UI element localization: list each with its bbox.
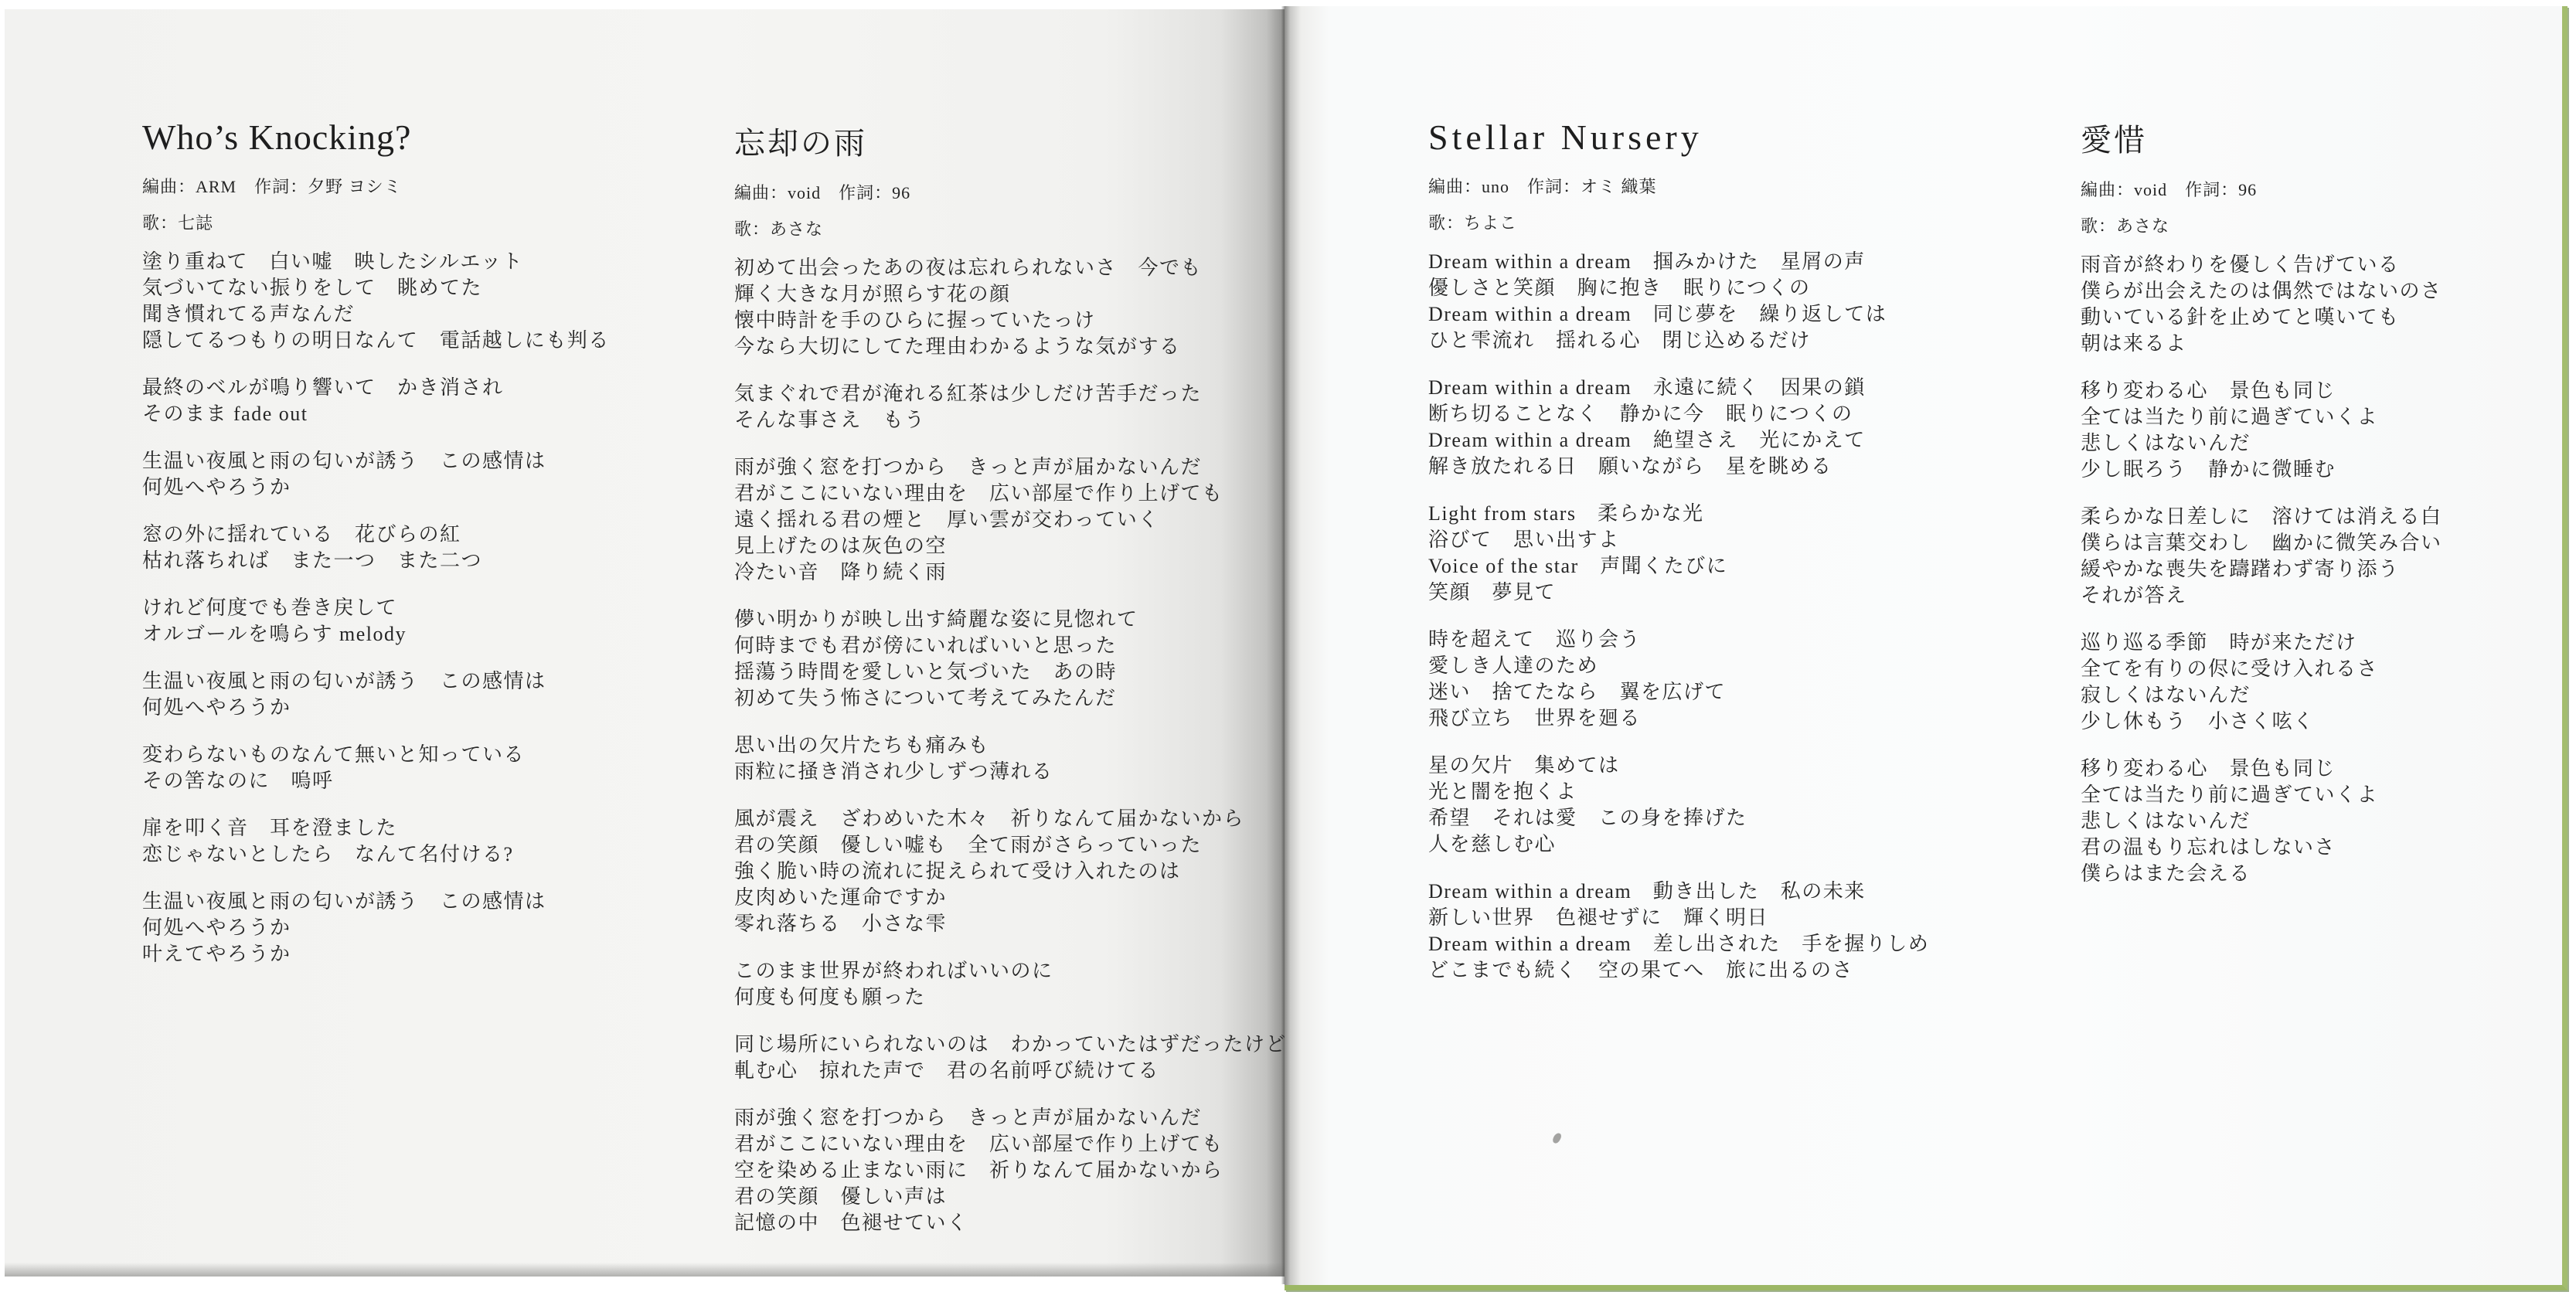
lyric-line: 今なら大切にしてた理由わかるような気がする <box>734 334 1306 360</box>
lyric-line: 少し休もう 小さく呟く <box>2081 709 2560 735</box>
stanza: 生温い夜風と雨の匂いが誘う この感情は何処へやろうか叶えてやろうか <box>142 889 706 967</box>
lyric-line: 冷たい音 降り続く雨 <box>734 559 1306 586</box>
lyric-line: どこまでも続く 空の果てへ 旅に出るのさ <box>1428 957 2047 984</box>
lyric-line: その筈なのに 嗚呼 <box>142 768 706 794</box>
credit-vocal: 歌：あさな <box>734 211 1306 247</box>
lyric-line: 雨が強く窓を打つから きっと声が届かないんだ <box>734 1105 1306 1131</box>
lyric-line: 強く脆い時の流れに捉えられて受け入れたのは <box>734 858 1306 885</box>
credit-arrangement-lyricist: 編曲：uno 作詞：オミ 織葉 <box>1428 168 2047 205</box>
lyric-line: 隠してるつもりの明日なんて 電話越しにも判る <box>142 328 706 354</box>
lyric-line: 雨粒に掻き消され少しずつ薄れる <box>734 759 1306 785</box>
lyric-line: 愛しき人達のため <box>1428 653 2047 679</box>
booklet-page-left: Who’s Knocking? 編曲：ARM 作詞：夕野 ヨシミ 歌：七誌 塗り… <box>5 9 1285 1277</box>
lyric-line: 気まぐれで君が淹れる紅茶は少しだけ苦手だった <box>734 381 1306 407</box>
lyric-line: 最終のベルが鳴り響いて かき消され <box>142 375 706 401</box>
lyric-line: 少し眠ろう 静かに微睡む <box>2081 457 2560 483</box>
lyric-line: 笑顔 夢見て <box>1428 580 2047 606</box>
lyric-line: 何処へやろうか <box>142 474 706 501</box>
lyrics-block: 塗り重ねて 白い嘘 映したシルエット気づいてない振りをして 眺めてた聞き慣れてる… <box>142 249 706 967</box>
lyric-line: 時を超えて 巡り会う <box>1428 627 2047 653</box>
lyric-line: 輝く大きな月が照らす花の顔 <box>734 281 1306 308</box>
lyric-line: 君がここにいない理由を 広い部屋で作り上げても <box>734 481 1306 507</box>
stanza: 移り変わる心 景色も同じ全ては当たり前に過ぎていくよ悲しくはないんだ少し眠ろう … <box>2081 378 2560 483</box>
song-credits: 編曲：void 作詞：96 歌：あさな <box>2081 172 2560 244</box>
lyric-line: Dream within a dream 絶望さえ 光にかえて <box>1428 427 2047 454</box>
song-title: 愛惜 <box>2081 119 2560 162</box>
lyric-line: Light from stars 柔らかな光 <box>1428 501 2047 527</box>
lyric-line: 生温い夜風と雨の匂いが誘う この感情は <box>142 448 706 474</box>
lyric-line: 生温い夜風と雨の匂いが誘う この感情は <box>142 889 706 915</box>
stanza: 最終のベルが鳴り響いて かき消されそのまま fade out <box>142 375 706 427</box>
lyric-line: 聞き慣れてる声なんだ <box>142 301 706 328</box>
credit-vocal: 歌：あさな <box>2081 208 2560 244</box>
stanza: 変わらないものなんて無いと知っているその筈なのに 嗚呼 <box>142 742 706 794</box>
lyric-line: 僕らは言葉交わし 幽かに微笑み合い <box>2081 530 2560 556</box>
lyric-line: 遠く揺れる君の煙と 厚い雲が交わっていく <box>734 507 1306 533</box>
stanza: 儚い明かりが映し出す綺麗な姿に見惚れて何時までも君が傍にいればいいと思った揺蕩う… <box>734 607 1306 712</box>
stanza: 柔らかな日差しに 溶けては消える白僕らは言葉交わし 幽かに微笑み合い緩やかな喪失… <box>2081 504 2560 609</box>
lyric-line: 希望 それは愛 この身を捧げた <box>1428 805 2047 831</box>
song-title: Who’s Knocking? <box>142 116 706 159</box>
lyric-line: 君の温もり忘れはしないさ <box>2081 835 2560 861</box>
stanza: 風が震え ざわめいた木々 祈りなんて届かないから君の笑顔 優しい嘘も 全て雨がさ… <box>734 806 1306 937</box>
stanza: 星の欠片 集めては光と闇を抱くよ希望 それは愛 この身を捧げた人を慈しむ心 <box>1428 753 2047 858</box>
song-credits: 編曲：ARM 作詞：夕野 ヨシミ 歌：七誌 <box>142 168 706 241</box>
lyric-line: 記憶の中 色褪せていく <box>734 1210 1306 1236</box>
lyric-line: 迷い 捨てたなら 翼を広げて <box>1428 679 2047 705</box>
lyric-line: 同じ場所にいられないのは わかっていたはずだったけど <box>734 1032 1306 1058</box>
lyric-line: 僕らが出会えたのは偶然ではないのさ <box>2081 278 2560 304</box>
lyric-line: 雨が強く窓を打つから きっと声が届かないんだ <box>734 454 1306 481</box>
lyric-line: 叶えてやろうか <box>142 941 706 967</box>
lyric-line: 君の笑顔 優しい嘘も 全て雨がさらっていった <box>734 832 1306 858</box>
stanza: 思い出の欠片たちも痛みも雨粒に掻き消され少しずつ薄れる <box>734 733 1306 785</box>
lyric-line: 思い出の欠片たちも痛みも <box>734 733 1306 759</box>
lyric-line: 皮肉めいた運命ですか <box>734 885 1306 911</box>
lyric-line: 解き放たれる日 願いながら 星を眺める <box>1428 454 2047 480</box>
stanza: 雨音が終わりを優しく告げている僕らが出会えたのは偶然ではないのさ動いている針を止… <box>2081 252 2560 357</box>
stanza: 時を超えて 巡り会う愛しき人達のため迷い 捨てたなら 翼を広げて飛び立ち 世界を… <box>1428 627 2047 732</box>
lyric-line: 光と闇を抱くよ <box>1428 779 2047 805</box>
lyric-line: 何時までも君が傍にいればいいと思った <box>734 633 1306 659</box>
song-title: 忘却の雨 <box>734 122 1306 165</box>
stanza: Dream within a dream 掴みかけた 星屑の声優しさと笑顔 胸に… <box>1428 249 2047 354</box>
lyric-line: 塗り重ねて 白い嘘 映したシルエット <box>142 249 706 275</box>
lyric-line: 初めて出会ったあの夜は忘れられないさ 今でも <box>734 255 1306 281</box>
lyric-line: 悲しくはないんだ <box>2081 430 2560 457</box>
lyric-line: それが答え <box>2081 583 2560 609</box>
lyric-line: 朝は来るよ <box>2081 331 2560 357</box>
lyric-line: 零れ落ちる 小さな雫 <box>734 911 1306 937</box>
credit-arrangement-lyricist: 編曲：ARM 作詞：夕野 ヨシミ <box>142 168 706 205</box>
stanza: 扉を叩く音 耳を澄ました恋じゃないとしたら なんて名付ける? <box>142 815 706 868</box>
song-section-whos-knocking: Who’s Knocking? 編曲：ARM 作詞：夕野 ヨシミ 歌：七誌 塗り… <box>142 116 706 988</box>
scanned-booklet-spread: { "colors":{ "page_left":"#f4f4f2", "pag… <box>0 0 2576 1302</box>
lyric-line: 軋む心 掠れた声で 君の名前呼び続けてる <box>734 1058 1306 1084</box>
lyric-line: 変わらないものなんて無いと知っている <box>142 742 706 768</box>
lyric-line: 雨音が終わりを優しく告げている <box>2081 252 2560 278</box>
lyric-line: Dream within a dream 掴みかけた 星屑の声 <box>1428 249 2047 275</box>
lyric-line: 生温い夜風と雨の匂いが誘う この感情は <box>142 668 706 695</box>
lyric-line: 移り変わる心 景色も同じ <box>2081 756 2560 782</box>
lyric-line: 全てを有りの侭に受け入れるさ <box>2081 656 2560 682</box>
lyric-line: 窓の外に揺れている 花びらの紅 <box>142 522 706 548</box>
lyric-line: 寂しくはないんだ <box>2081 682 2560 709</box>
lyrics-block: 雨音が終わりを優しく告げている僕らが出会えたのは偶然ではないのさ動いている針を止… <box>2081 252 2560 887</box>
lyric-line: 君がここにいない理由を 広い部屋で作り上げても <box>734 1131 1306 1158</box>
lyric-line: 何処へやろうか <box>142 695 706 721</box>
lyric-line: Dream within a dream 差し出された 手を握りしめ <box>1428 931 2047 957</box>
lyric-line: 新しい世界 色褪せずに 輝く明日 <box>1428 905 2047 931</box>
lyric-line: 揺蕩う時間を愛しいと気づいた あの時 <box>734 659 1306 685</box>
lyric-line: 儚い明かりが映し出す綺麗な姿に見惚れて <box>734 607 1306 633</box>
stanza: 初めて出会ったあの夜は忘れられないさ 今でも輝く大きな月が照らす花の顔懐中時計を… <box>734 255 1306 360</box>
lyric-line: 気づいてない振りをして 眺めてた <box>142 275 706 301</box>
lyric-line: 空を染める止まない雨に 祈りなんて届かないから <box>734 1158 1306 1184</box>
song-section-stellar-nursery: Stellar Nursery 編曲：uno 作詞：オミ 織葉 歌：ちよこ Dr… <box>1428 116 2047 1005</box>
lyric-line: 柔らかな日差しに 溶けては消える白 <box>2081 504 2560 530</box>
stanza: 生温い夜風と雨の匂いが誘う この感情は何処へやろうか <box>142 448 706 501</box>
lyric-line: 巡り巡る季節 時が来ただけ <box>2081 630 2560 656</box>
stanza: このまま世界が終わればいいのに何度も何度も願った <box>734 958 1306 1011</box>
song-section-boukyaku-no-ame: 忘却の雨 編曲：void 作詞：96 歌：あさな 初めて出会ったあの夜は忘れられ… <box>734 122 1306 1257</box>
dust-speck <box>1552 1132 1563 1144</box>
stanza: Light from stars 柔らかな光浴びて 思い出すよVoice of … <box>1428 501 2047 606</box>
lyric-line: 懐中時計を手のひらに握っていたっけ <box>734 308 1306 334</box>
booklet-page-right: Stellar Nursery 編曲：uno 作詞：オミ 織葉 歌：ちよこ Dr… <box>1285 6 2567 1290</box>
stanza: Dream within a dream 動き出した 私の未来新しい世界 色褪せ… <box>1428 879 2047 984</box>
lyric-line: このまま世界が終わればいいのに <box>734 958 1306 984</box>
stanza: 移り変わる心 景色も同じ全ては当たり前に過ぎていくよ悲しくはないんだ君の温もり忘… <box>2081 756 2560 887</box>
stanza: 雨が強く窓を打つから きっと声が届かないんだ君がここにいない理由を 広い部屋で作… <box>734 454 1306 586</box>
stanza: 塗り重ねて 白い嘘 映したシルエット気づいてない振りをして 眺めてた聞き慣れてる… <box>142 249 706 354</box>
credit-vocal: 歌：ちよこ <box>1428 205 2047 241</box>
credit-arrangement-lyricist: 編曲：void 作詞：96 <box>734 175 1306 211</box>
song-credits: 編曲：void 作詞：96 歌：あさな <box>734 175 1306 247</box>
lyrics-block: 初めて出会ったあの夜は忘れられないさ 今でも輝く大きな月が照らす花の顔懐中時計を… <box>734 255 1306 1236</box>
lyric-line: 全ては当たり前に過ぎていくよ <box>2081 404 2560 430</box>
lyric-line: 君の笑顔 優しい声は <box>734 1184 1306 1210</box>
lyric-line: Dream within a dream 永遠に続く 因果の鎖 <box>1428 375 2047 401</box>
stanza: 同じ場所にいられないのは わかっていたはずだったけど軋む心 掠れた声で 君の名前… <box>734 1032 1306 1084</box>
song-credits: 編曲：uno 作詞：オミ 織葉 歌：ちよこ <box>1428 168 2047 241</box>
stanza: 気まぐれで君が淹れる紅茶は少しだけ苦手だったそんな事さえ もう <box>734 381 1306 433</box>
lyric-line: 星の欠片 集めては <box>1428 753 2047 779</box>
lyric-line: そのまま fade out <box>142 401 706 427</box>
lyric-line: 見上げたのは灰色の空 <box>734 533 1306 559</box>
lyric-line: 扉を叩く音 耳を澄ました <box>142 815 706 841</box>
lyric-line: 動いている針を止めてと嘆いても <box>2081 304 2560 331</box>
lyric-line: 移り変わる心 景色も同じ <box>2081 378 2560 404</box>
lyric-line: オルゴールを鳴らす melody <box>142 621 706 648</box>
lyric-line: 全ては当たり前に過ぎていくよ <box>2081 782 2560 808</box>
lyric-line: 緩やかな喪失を躊躇わず寄り添う <box>2081 556 2560 583</box>
stanza: 雨が強く窓を打つから きっと声が届かないんだ君がここにいない理由を 広い部屋で作… <box>734 1105 1306 1236</box>
lyric-line: Dream within a dream 同じ夢を 繰り返しては <box>1428 301 2047 328</box>
lyric-line: 何処へやろうか <box>142 915 706 941</box>
lyric-line: そんな事さえ もう <box>734 407 1306 433</box>
lyric-line: 人を慈しむ心 <box>1428 831 2047 858</box>
lyric-line: 浴びて 思い出すよ <box>1428 527 2047 553</box>
lyric-line: 枯れ落ちれば また一つ また二つ <box>142 548 706 574</box>
lyric-line: 断ち切ることなく 静かに今 眠りにつくの <box>1428 401 2047 427</box>
credit-vocal: 歌：七誌 <box>142 205 706 241</box>
credit-arrangement-lyricist: 編曲：void 作詞：96 <box>2081 172 2560 208</box>
lyric-line: 悲しくはないんだ <box>2081 808 2560 835</box>
lyric-line: 何度も何度も願った <box>734 984 1306 1011</box>
stanza: 生温い夜風と雨の匂いが誘う この感情は何処へやろうか <box>142 668 706 721</box>
lyric-line: 初めて失う怖さについて考えてみたんだ <box>734 685 1306 712</box>
lyric-line: Voice of the star 声聞くたびに <box>1428 553 2047 580</box>
lyric-line: 優しさと笑顔 胸に抱き 眠りにつくの <box>1428 275 2047 301</box>
song-title: Stellar Nursery <box>1428 116 2047 159</box>
lyric-line: Dream within a dream 動き出した 私の未来 <box>1428 879 2047 905</box>
lyric-line: けれど何度でも巻き戻して <box>142 595 706 621</box>
stanza: 窓の外に揺れている 花びらの紅枯れ落ちれば また一つ また二つ <box>142 522 706 574</box>
lyric-line: 飛び立ち 世界を廻る <box>1428 705 2047 732</box>
lyrics-block: Dream within a dream 掴みかけた 星屑の声優しさと笑顔 胸に… <box>1428 249 2047 984</box>
lyric-line: 恋じゃないとしたら なんて名付ける? <box>142 841 706 868</box>
stanza: Dream within a dream 永遠に続く 因果の鎖断ち切ることなく … <box>1428 375 2047 480</box>
lyric-line: 風が震え ざわめいた木々 祈りなんて届かないから <box>734 806 1306 832</box>
lyric-line: ひと雫流れ 揺れる心 閉じ込めるだけ <box>1428 328 2047 354</box>
stanza: けれど何度でも巻き戻してオルゴールを鳴らす melody <box>142 595 706 648</box>
song-section-aiseki: 愛惜 編曲：void 作詞：96 歌：あさな 雨音が終わりを優しく告げている僕ら… <box>2081 119 2560 908</box>
lyric-line: 僕らはまた会える <box>2081 861 2560 887</box>
stanza: 巡り巡る季節 時が来ただけ全てを有りの侭に受け入れるさ寂しくはないんだ少し休もう… <box>2081 630 2560 735</box>
